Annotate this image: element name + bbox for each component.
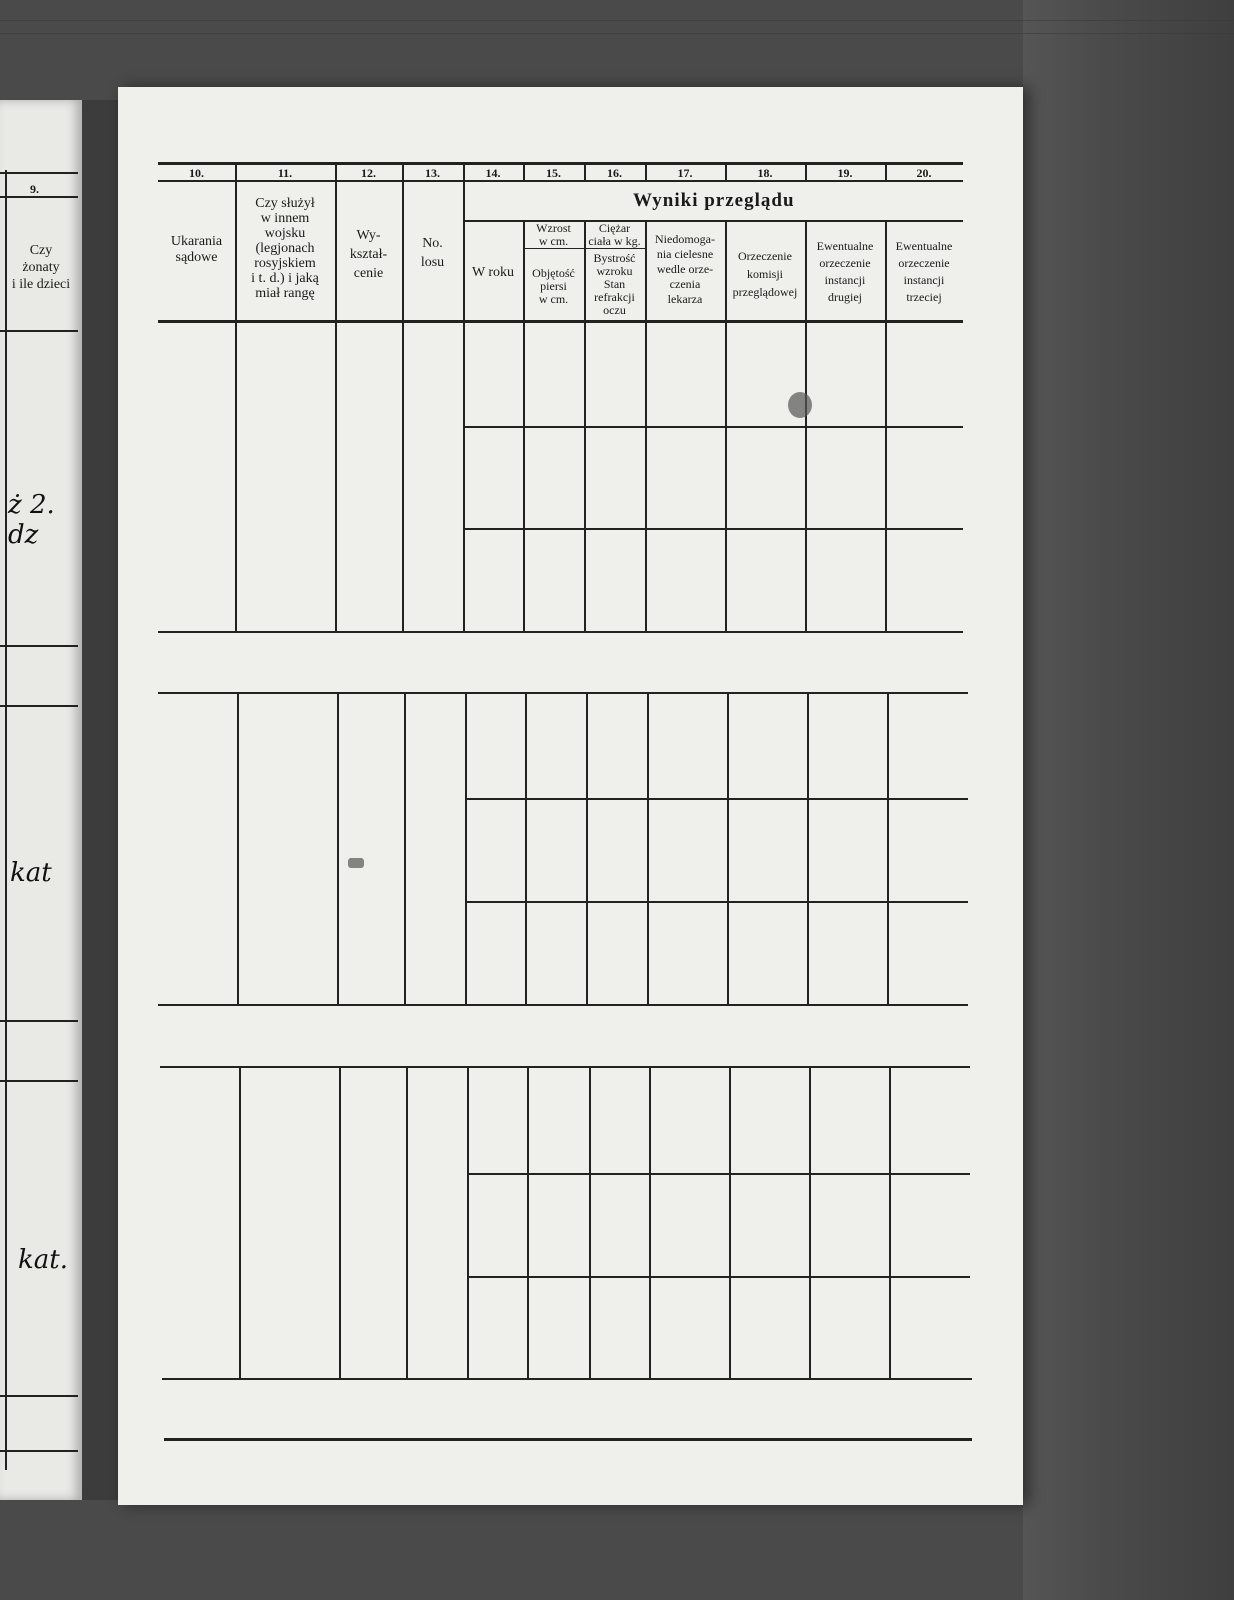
header-objetosc-piersi: Objętość piersi w cm. — [523, 267, 584, 306]
scanner-background-right — [1023, 0, 1234, 1600]
handwritten-entry-1: ż 2. dz — [8, 490, 82, 550]
column-number-15: 15. — [523, 166, 584, 181]
handwritten-entry-3: kat. — [18, 1245, 68, 1275]
column-number-17: 17. — [645, 166, 725, 181]
header-orzeczenie-komisji: Orzeczenie komisji przeglądowej — [725, 247, 805, 301]
header-ciezar: Ciężar ciała w kg. — [584, 222, 645, 248]
header-no-losu: No. losu — [402, 234, 463, 272]
column-number-9: 9. — [30, 182, 39, 197]
column-number-19: 19. — [805, 166, 885, 181]
header-niedomogania: Niedomoga- nia cielesne wedle orze- czen… — [645, 232, 725, 307]
column-number-13: 13. — [402, 166, 463, 181]
header-bystrosc-wzroku: Bystrość wzroku Stan refrakcji oczu — [584, 252, 645, 317]
column-header-married: Czy żonaty i ile dzieci — [0, 242, 82, 293]
column-number-16: 16. — [584, 166, 645, 181]
group-header-wyniki: Wyniki przeglądu — [633, 190, 795, 212]
column-number-12: 12. — [335, 166, 402, 181]
header-wyksztalcenie: Wy- kształ- cenie — [335, 226, 402, 283]
column-number-14: 14. — [463, 166, 523, 181]
header-instancji-trzeciej: Ewentualne orzeczenie instancji trzeciej — [885, 238, 963, 306]
header-w-roku: W roku — [463, 265, 523, 281]
binding-gutter — [82, 100, 118, 1500]
left-page-fragment: 9. Czy żonaty i ile dzieci ż 2. dz kat k… — [0, 100, 82, 1500]
header-wzrost: Wzrost w cm. — [523, 222, 584, 248]
header-czy-sluzyl: Czy służył w innem wojsku (legjonach ros… — [235, 196, 335, 301]
header-ukarania: Ukarania sądowe — [158, 234, 235, 266]
column-number-18: 18. — [725, 166, 805, 181]
column-number-10: 10. — [158, 166, 235, 181]
column-number-20: 20. — [885, 166, 963, 181]
column-number-11: 11. — [235, 166, 335, 181]
handwritten-entry-2: kat — [10, 858, 52, 888]
header-instancji-drugiej: Ewentualne orzeczenie instancji drugiej — [805, 238, 885, 306]
form-page: 10. 11. 12. 13. 14. 15. 16. 17. 18. 19. … — [118, 87, 1023, 1505]
